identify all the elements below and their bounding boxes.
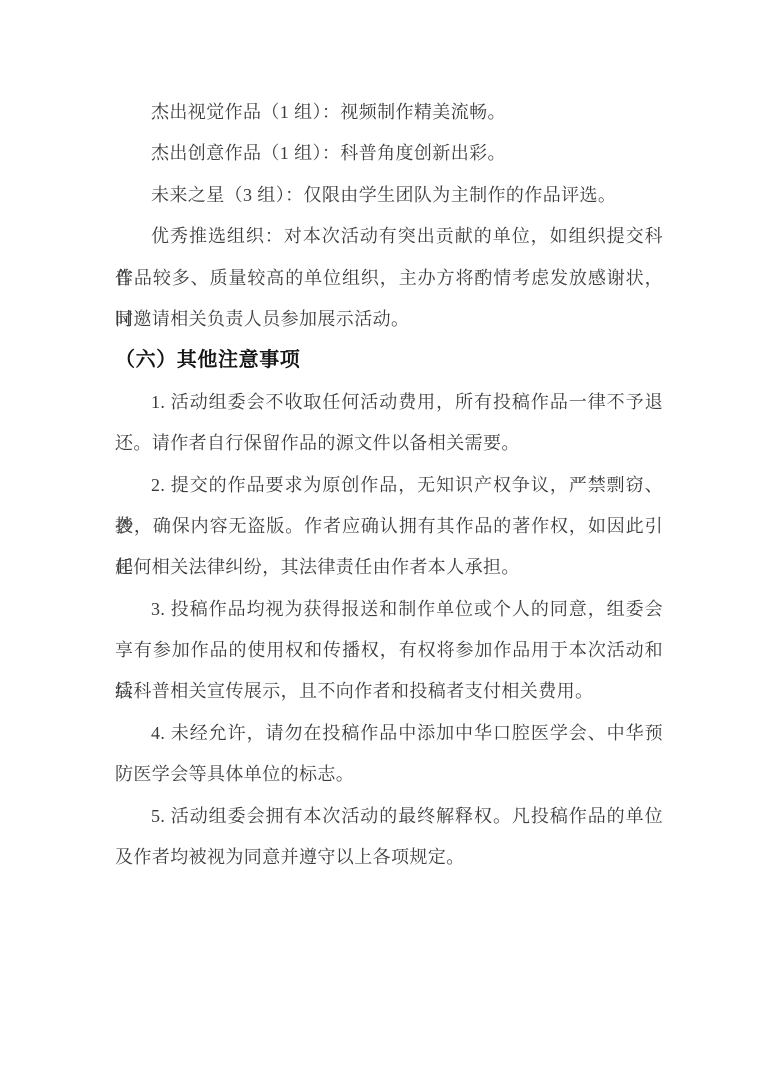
paragraph: 2. 提交的作品要求为原创作品，无知识产权争议，严禁剽窃、抄 袭，确保内容无盗版… xyxy=(115,465,663,589)
paragraph: 3. 投稿作品均视为获得报送和制作单位或个人的同意，组委会 享有参加作品的使用权… xyxy=(115,589,663,713)
text-line: 4. 未经允许，请勿在投稿作品中添加中华口腔医学会、中华预 xyxy=(115,713,663,754)
paragraph: 未来之星（3 组）：仅限由学生团队为主制作的作品评选。 xyxy=(115,175,663,216)
paragraph: 杰出视觉作品（1 组）：视频制作精美流畅。 xyxy=(115,92,663,133)
text-line: 优秀推选组织：对本次活动有突出贡献的单位，如组织提交科普 xyxy=(115,216,663,257)
text-line: 杰出视觉作品（1 组）：视频制作精美流畅。 xyxy=(115,92,663,133)
paragraph: 杰出创意作品（1 组）：科普角度创新出彩。 xyxy=(115,133,663,174)
text-line: 2. 提交的作品要求为原创作品，无知识产权争议，严禁剽窃、抄 xyxy=(115,465,663,506)
section-heading-text: （六）其他注意事项 xyxy=(115,340,663,381)
text-line: 作品较多、质量较高的单位组织，主办方将酌情考虑发放感谢状，同 xyxy=(115,258,663,299)
paragraph: 优秀推选组织：对本次活动有突出贡献的单位，如组织提交科普 作品较多、质量较高的单… xyxy=(115,216,663,340)
document-page: 杰出视觉作品（1 组）：视频制作精美流畅。 杰出创意作品（1 组）：科普角度创新… xyxy=(0,0,768,1086)
text-line: 防医学会等具体单位的标志。 xyxy=(115,754,663,795)
text-line: 任何相关法律纠纷，其法律责任由作者本人承担。 xyxy=(115,547,663,588)
text-line: 享有参加作品的使用权和传播权，有权将参加作品用于本次活动和后 xyxy=(115,630,663,671)
text-line: 5. 活动组委会拥有本次活动的最终解释权。凡投稿作品的单位 xyxy=(115,796,663,837)
text-line: 1. 活动组委会不收取任何活动费用，所有投稿作品一律不予退 xyxy=(115,382,663,423)
text-line: 杰出创意作品（1 组）：科普角度创新出彩。 xyxy=(115,133,663,174)
text-line: 及作者均被视为同意并遵守以上各项规定。 xyxy=(115,837,663,878)
text-line: 袭，确保内容无盗版。作者应确认拥有其作品的著作权，如因此引起 xyxy=(115,506,663,547)
text-block: 杰出视觉作品（1 组）：视频制作精美流畅。 杰出创意作品（1 组）：科普角度创新… xyxy=(115,92,663,878)
paragraph: 1. 活动组委会不收取任何活动费用，所有投稿作品一律不予退 还。请作者自行保留作… xyxy=(115,382,663,465)
section-heading: （六）其他注意事项 xyxy=(115,340,663,381)
text-line: 还。请作者自行保留作品的源文件以备相关需要。 xyxy=(115,423,663,464)
paragraph: 5. 活动组委会拥有本次活动的最终解释权。凡投稿作品的单位 及作者均被视为同意并… xyxy=(115,796,663,879)
text-line: 未来之星（3 组）：仅限由学生团队为主制作的作品评选。 xyxy=(115,175,663,216)
text-line: 时邀请相关负责人员参加展示活动。 xyxy=(115,299,663,340)
text-line: 续科普相关宣传展示，且不向作者和投稿者支付相关费用。 xyxy=(115,671,663,712)
paragraph: 4. 未经允许，请勿在投稿作品中添加中华口腔医学会、中华预 防医学会等具体单位的… xyxy=(115,713,663,796)
text-line: 3. 投稿作品均视为获得报送和制作单位或个人的同意，组委会 xyxy=(115,589,663,630)
